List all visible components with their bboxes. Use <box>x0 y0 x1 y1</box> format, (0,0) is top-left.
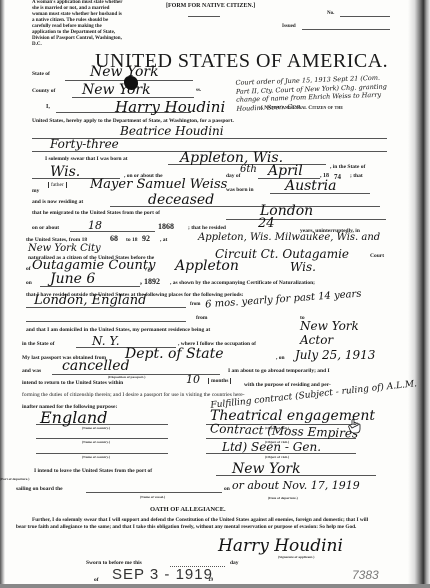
country-1: England <box>40 408 107 427</box>
leave-text: I intend to leave the United States from… <box>34 468 152 474</box>
line <box>226 219 386 220</box>
duties-text: forming the duties of citizenship therei… <box>22 392 245 398</box>
year-label: 19 <box>208 578 213 583</box>
on-label: on <box>26 280 32 286</box>
line <box>36 453 168 454</box>
line <box>36 438 168 439</box>
applicant-signature: Harry Houdini <box>218 536 343 556</box>
resided-text: ; that he resided <box>188 225 226 231</box>
last-passport-from: Dept. of State <box>125 346 224 362</box>
file-number: 7383 <box>352 568 379 582</box>
i-label: I, <box>46 104 50 110</box>
object-caption-3: (Object of visit.) <box>265 455 289 459</box>
of-label-oath: of <box>94 577 99 583</box>
emigration-year: 1868 <box>158 222 174 231</box>
vessel-line <box>86 492 222 493</box>
birth-month: April <box>268 163 303 179</box>
state-label: State of <box>32 71 50 77</box>
applicant-name: Harry Houdini <box>115 98 225 116</box>
months-label: months <box>208 378 231 384</box>
county-label: County of <box>32 88 55 94</box>
ss-label: ss. <box>196 88 201 93</box>
oath-text: Further, I do solemnly swear that I will… <box>16 517 376 530</box>
naturalized-year: , 1892 <box>140 277 160 286</box>
in-state-label: , in the State of <box>330 164 365 170</box>
from-2: from <box>196 315 208 321</box>
father-birthplace: Austria <box>285 178 336 194</box>
domiciled-text: and that I am domiciled in the United St… <box>26 327 210 333</box>
form-type: [FORM FOR NATIVE CITIZEN.] <box>166 3 255 9</box>
court-state: Wis. <box>290 260 316 274</box>
outside-place: London, England <box>34 293 146 308</box>
vessel-caption: (Name of vessel.) <box>140 495 165 499</box>
country-caption-3: (Name of country.) <box>82 455 110 459</box>
disposition-caption: (Disposition of passport.) <box>108 375 145 379</box>
issued-line <box>302 29 390 30</box>
departure-port: New York <box>232 461 301 477</box>
age-value: Forty-three <box>50 137 119 151</box>
my-label: my <box>32 188 39 194</box>
oath-title: OATH OF ALLEGIANCE. <box>150 506 226 513</box>
on-label-2: , on <box>276 355 285 361</box>
date-caption: (Date of departure.) <box>268 496 298 500</box>
now-residing: and is now residing at <box>32 199 83 205</box>
court-label: Court <box>370 253 384 259</box>
sailing-text: sailing on board the <box>16 486 63 492</box>
outside-from: from <box>190 302 200 307</box>
port-caption: (Port of departure.) <box>0 477 29 481</box>
instructions-text: A woman's application must state whether… <box>32 0 124 48</box>
country-caption-1: (Name of country.) <box>82 426 110 430</box>
no-line <box>340 16 390 17</box>
on-label-3: on <box>224 486 230 492</box>
on-or-about-2: on or about <box>32 225 59 231</box>
born-text: I solemnly swear that I was born at <box>45 156 128 162</box>
certificate-text: , as shown by the accompanying Certifica… <box>170 280 315 286</box>
return-text: intend to return to the United States wi… <box>22 380 123 386</box>
return-months: 10 <box>186 373 200 386</box>
hand-cursor-icon <box>348 418 362 434</box>
accompanied-by: Beatrice Houdini <box>120 124 224 138</box>
and-was: and was <box>22 368 41 374</box>
years-resided: 24 <box>258 216 275 231</box>
that-label: ; that <box>350 173 363 179</box>
court-at: , at <box>145 266 152 272</box>
scan-left-edge <box>0 0 5 588</box>
father-residence: deceased <box>148 192 214 208</box>
departure-date: or about Nov. 17, 1919 <box>232 479 360 492</box>
in-state-label-2: in the State of <box>22 341 55 347</box>
passport-application-page: A woman's application must state whether… <box>0 0 430 588</box>
emigrated-text: that he emigrated to the United States f… <box>32 210 160 216</box>
divider <box>188 16 220 17</box>
native-citizen-text: a Native and Loyal Citizen of the <box>260 105 343 111</box>
birth-day: 6th <box>240 164 257 175</box>
of-label: of <box>26 266 31 272</box>
was-born-in: was born in <box>226 187 254 193</box>
signature-caption: (Signature of applicant.) <box>278 555 314 559</box>
scan-right-edge <box>408 0 430 588</box>
object-3: Ltd) Seen - Gen. <box>222 440 321 454</box>
county-value: New York <box>82 82 151 98</box>
stamp-date: SEP 3 - 1919 <box>112 566 213 583</box>
passport-disposition: cancelled <box>62 358 130 374</box>
day-label: day <box>230 560 239 566</box>
father-name: Mayer Samuel Weiss <box>90 177 227 192</box>
last-passport-date: July 25, 1913 <box>295 348 375 362</box>
purpose-text: with the purpose of residing and per- <box>244 382 331 388</box>
line <box>26 321 186 322</box>
country-caption-2: (Name of country.) <box>82 440 110 444</box>
naturalized-date: June 6 <box>50 271 95 287</box>
occupation: Actor <box>300 333 333 347</box>
issued-label: Issued <box>282 24 296 29</box>
birth-state: Wis. <box>50 164 80 180</box>
residence-state: N. Y. <box>92 334 120 348</box>
court-city: Appleton <box>175 258 239 274</box>
father-label: father <box>48 182 67 188</box>
emigration-date: 18 <box>88 219 102 232</box>
scan-bottom-edge <box>0 584 430 588</box>
permanent-residence: New York <box>300 319 359 333</box>
abroad-text: I am about to go abroad temporarily; and… <box>228 368 330 374</box>
day-of-label: day of <box>226 173 241 179</box>
no-label: No. <box>327 11 334 16</box>
